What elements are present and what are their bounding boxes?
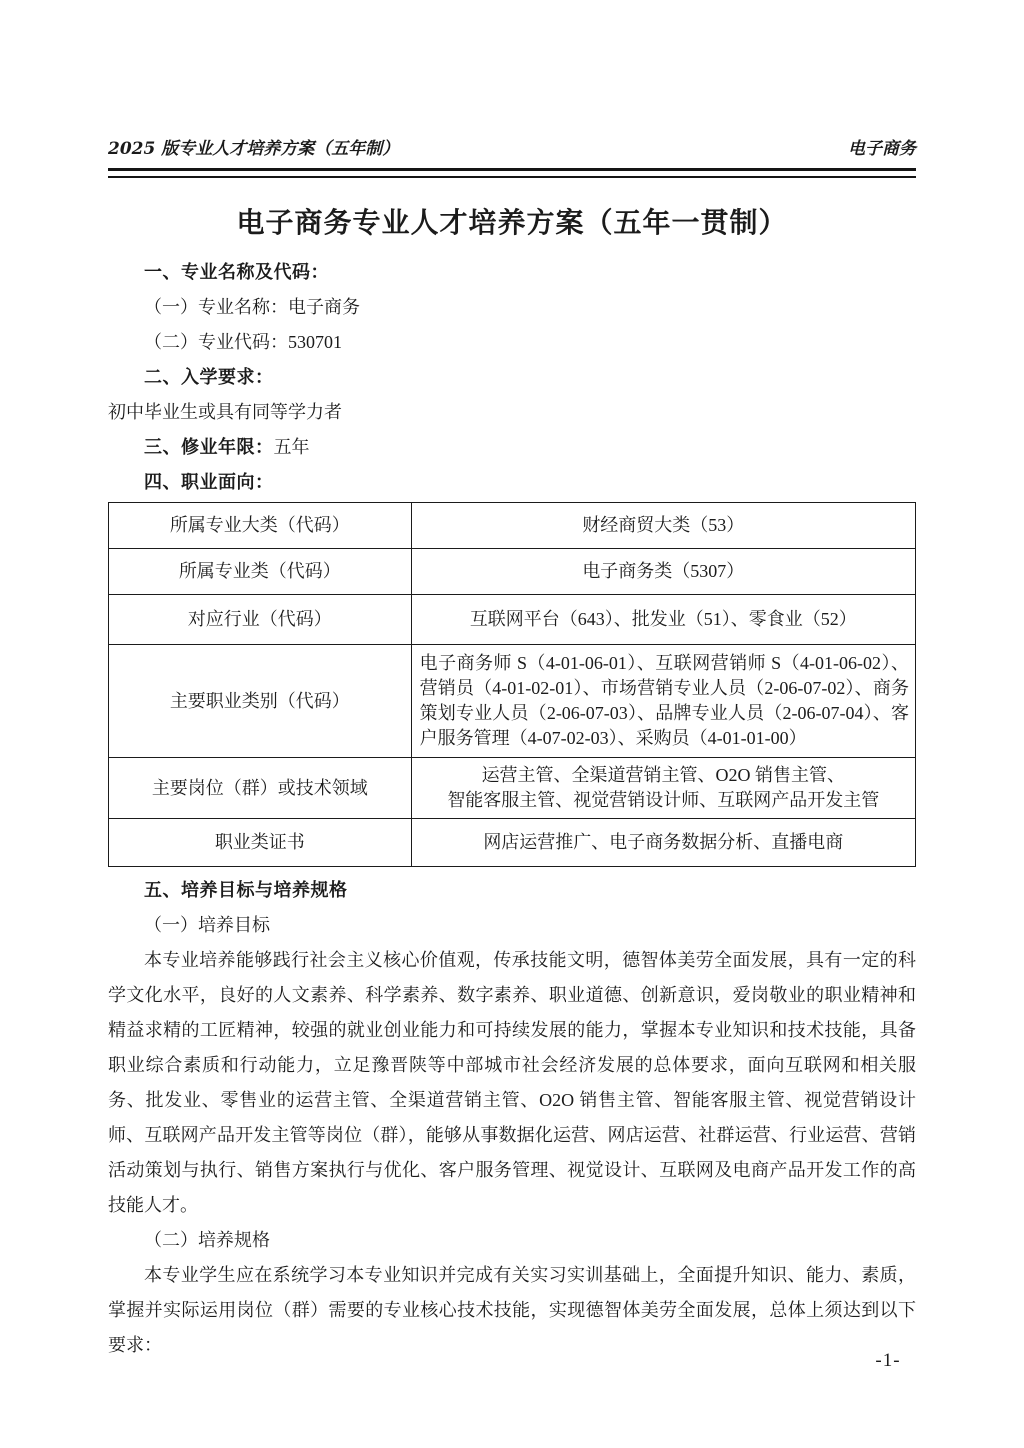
table-label-cell: 主要职业类别（代码） <box>109 645 412 758</box>
table-label-cell: 职业类证书 <box>109 819 412 867</box>
table-label-cell: 所属专业类（代码） <box>109 549 412 595</box>
section-3-heading-line: 三、修业年限：五年 <box>108 430 916 465</box>
table-value-cell: 运营主管、全渠道营销主管、O2O 销售主管、 智能客服主管、视觉营销设计师、互联… <box>411 758 915 819</box>
table-value-cell: 互联网平台（643）、批发业（51）、零食业（52） <box>411 595 915 645</box>
table-value-cell: 电子商务类（5307） <box>411 549 915 595</box>
running-header: 2025 版专业人才培养方案（五年制） 电子商务 <box>108 138 916 160</box>
section-1-item-major-code: （二）专业代码：530701 <box>108 325 916 360</box>
header-left-text: 2025 版专业人才培养方案（五年制） <box>108 138 399 160</box>
training-objective-paragraph: 本专业培养能够践行社会主义核心价值观，传承技能文明，德智体美劳全面发展，具有一定… <box>108 943 916 1223</box>
section-5-sub-1: （一）培养目标 <box>108 908 916 943</box>
document-title: 电子商务专业人才培养方案（五年一贯制） <box>108 204 916 244</box>
section-2-body: 初中毕业生或具有同等学力者 <box>108 395 916 430</box>
table-value-cell: 网店运营推广、电子商务数据分析、直播电商 <box>411 819 915 867</box>
section-4-heading: 四、职业面向： <box>108 465 916 500</box>
table-row-occupation-category: 主要职业类别（代码） 电子商务师 S（4-01-06-01）、互联网营销师 S（… <box>109 645 916 758</box>
training-specification-paragraph: 本专业学生应在系统学习本专业知识并完成有关实习实训基础上，全面提升知识、能力、素… <box>108 1258 916 1363</box>
table-value-cell: 电子商务师 S（4-01-06-01）、互联网营销师 S（4-01-06-02）… <box>411 645 915 758</box>
table-row-industry: 对应行业（代码） 互联网平台（643）、批发业（51）、零食业（52） <box>109 595 916 645</box>
section-5-heading: 五、培养目标与培养规格 <box>108 873 916 908</box>
page-number: -1- <box>768 1350 1008 1372</box>
table-value-cell: 财经商贸大类（53） <box>411 503 915 549</box>
table-row-major-class: 所属专业类（代码） 电子商务类（5307） <box>109 549 916 595</box>
section-2-heading: 二、入学要求： <box>108 360 916 395</box>
header-double-rule <box>108 168 916 178</box>
table-label-cell: 所属专业大类（代码） <box>109 503 412 549</box>
section-1-heading: 一、专业名称及代码： <box>108 255 916 290</box>
table-row-certificates: 职业类证书 网店运营推广、电子商务数据分析、直播电商 <box>109 819 916 867</box>
section-1-item-major-name: （一）专业名称：电子商务 <box>108 290 916 325</box>
table-row-major-category: 所属专业大类（代码） 财经商贸大类（53） <box>109 503 916 549</box>
section-5-sub-2: （二）培养规格 <box>108 1223 916 1258</box>
document-page: 2025 版专业人才培养方案（五年制） 电子商务 电子商务专业人才培养方案（五年… <box>0 0 1024 1448</box>
section-3-heading: 三、修业年限： <box>144 437 274 457</box>
career-orientation-table: 所属专业大类（代码） 财经商贸大类（53） 所属专业类（代码） 电子商务类（53… <box>108 502 916 867</box>
table-label-cell: 对应行业（代码） <box>109 595 412 645</box>
table-label-cell: 主要岗位（群）或技术领域 <box>109 758 412 819</box>
header-right-text: 电子商务 <box>848 138 916 160</box>
table-row-main-posts: 主要岗位（群）或技术领域 运营主管、全渠道营销主管、O2O 销售主管、 智能客服… <box>109 758 916 819</box>
section-3-value: 五年 <box>274 437 310 457</box>
